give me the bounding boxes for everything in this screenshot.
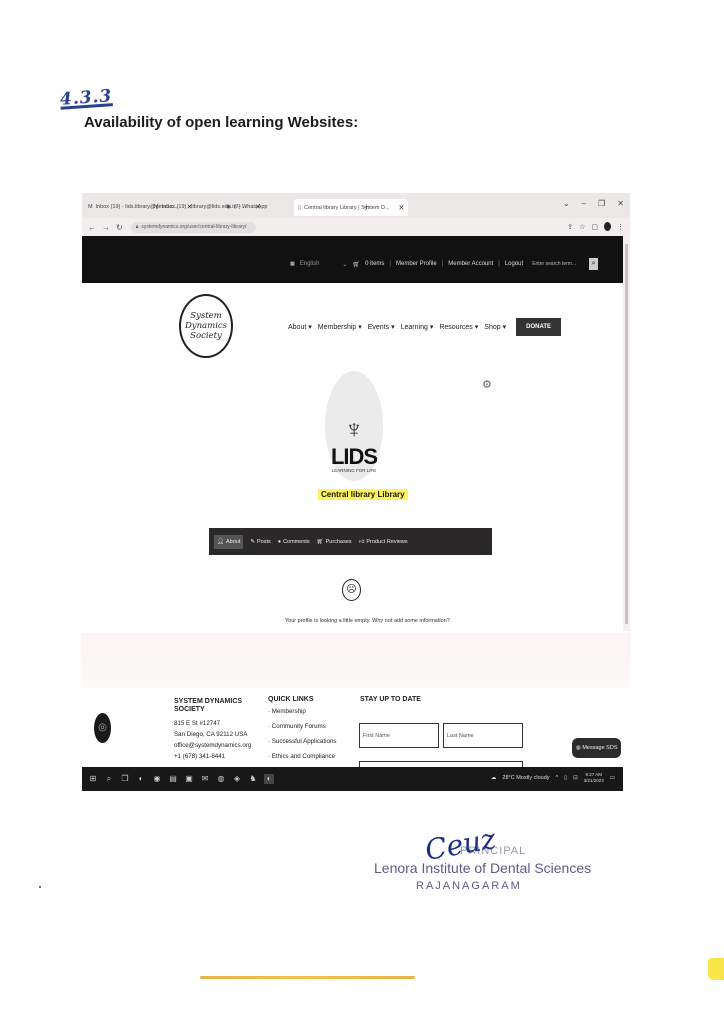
section-number: 4.3.3 xyxy=(59,86,113,110)
profile-name: Central library Library xyxy=(318,489,408,500)
footer-link-ethics[interactable]: Ethics and Compliance xyxy=(272,753,335,760)
app-icon[interactable]: ♞ xyxy=(248,774,258,784)
browser-tab-active[interactable]: ▯Central library Library | System D...✕ xyxy=(294,199,408,216)
clock[interactable]: 9:27 AM3/21/2023 xyxy=(584,772,604,784)
message-sds-button[interactable]: ◍ Message SDS xyxy=(572,738,621,758)
tab-product-reviews[interactable]: 👍︎Product Reviews xyxy=(359,539,408,545)
tab-about[interactable]: 👤︎About xyxy=(214,535,243,549)
chevron-up-icon[interactable]: ^ xyxy=(556,775,559,781)
restore-icon[interactable]: ❐ xyxy=(598,199,605,208)
network-icon[interactable]: ⊡ xyxy=(573,775,578,781)
scan-artifact-smudge xyxy=(708,958,724,980)
browser-tab-bar: MInbox (19) - lids.library@gmail.c...✕ M… xyxy=(82,193,630,218)
cart-icon: 🛒︎ xyxy=(317,539,324,545)
url-field[interactable]: 🔒︎systemdynamics.org/user/central-librar… xyxy=(131,222,256,233)
battery-icon[interactable]: ▯ xyxy=(564,775,567,781)
sidebar-icon[interactable]: ▢ xyxy=(591,223,598,231)
mail-icon[interactable]: ✉ xyxy=(200,774,210,784)
whatsapp-icon: ◉ xyxy=(226,204,231,210)
stamp-institution: Lenora Institute of Dental Sciences xyxy=(374,860,591,876)
weather-icon: ☁ xyxy=(491,775,497,781)
site-logo[interactable]: System Dynamics Society xyxy=(179,294,233,358)
search-button[interactable]: ⌕ xyxy=(589,258,598,270)
main-nav: About ▾ Membership ▾ Events ▾ Learning ▾… xyxy=(288,318,561,336)
member-account-link[interactable]: Member Account xyxy=(448,261,493,267)
website-screenshot: MInbox (19) - lids.library@gmail.c...✕ M… xyxy=(82,193,630,793)
menu-kebab-icon[interactable]: ⋮ xyxy=(617,223,624,231)
footer-link-applications[interactable]: Successful Applications xyxy=(272,738,337,745)
footer-link-forums[interactable]: Community Forums xyxy=(272,723,326,730)
thumbs-up-icon: 👍︎ xyxy=(359,539,365,545)
tree-emblem-icon: ♆ xyxy=(344,416,364,442)
share-icon[interactable]: ⇪ xyxy=(567,223,573,231)
footer-newsletter: STAY UP TO DATE xyxy=(360,696,421,704)
address-bar: ← → ↻ 🔒︎systemdynamics.org/user/central-… xyxy=(82,218,630,236)
nav-resources[interactable]: Resources ▾ xyxy=(439,323,478,331)
profile-avatar-icon[interactable] xyxy=(604,222,611,231)
forward-icon[interactable]: → xyxy=(102,223,110,232)
first-name-field[interactable]: First Name xyxy=(359,723,439,748)
close-tab-icon[interactable]: ✕ xyxy=(399,204,405,212)
store-icon[interactable]: ▣ xyxy=(184,774,194,784)
task-view-icon[interactable]: ❐ xyxy=(120,774,130,784)
gear-icon[interactable]: ⚙ xyxy=(482,378,492,391)
profile-tabs: 👤︎About ✎Posts ●Comments 🛒︎Purchases 👍︎P… xyxy=(209,528,492,555)
close-window-icon[interactable]: ✕ xyxy=(617,199,624,208)
document-title: Availability of open learning Websites: xyxy=(84,114,358,131)
scroll-thumb[interactable] xyxy=(625,244,628,624)
bookmark-star-icon[interactable]: ☆ xyxy=(579,223,585,231)
footer-quick-links: QUICK LINKS · Membership · Community For… xyxy=(268,696,336,762)
language-select[interactable]: English xyxy=(300,261,320,267)
search-icon[interactable]: ⌕ xyxy=(104,774,114,784)
nav-events[interactable]: Events ▾ xyxy=(368,323,395,331)
page-scrollbar[interactable] xyxy=(623,236,630,631)
divider-band xyxy=(82,633,630,688)
globe-flag-icon: ▦ xyxy=(290,261,295,267)
nav-about[interactable]: About ▾ xyxy=(288,323,312,331)
tab-comments[interactable]: ●Comments xyxy=(278,539,310,545)
notification-icon[interactable]: ▭ xyxy=(610,775,615,781)
edge-icon[interactable]: ◐ xyxy=(136,774,146,784)
search-input[interactable]: Enter search term... xyxy=(532,261,576,267)
empty-profile-message: Your profile is looking a little empty. … xyxy=(285,618,450,624)
explorer-icon[interactable]: ▤ xyxy=(168,774,178,784)
windows-start-icon[interactable]: ⊞ xyxy=(88,774,98,784)
speck xyxy=(39,886,41,888)
profile-avatar: ♆ LIDS LEARNING FOR LIFE xyxy=(325,371,383,481)
sad-face-icon: ☹ xyxy=(342,579,361,601)
logout-link[interactable]: Logout xyxy=(505,261,523,267)
stamp-place: RAJANAGARAM xyxy=(416,880,522,892)
footer-org: SYSTEM DYNAMICS SOCIETY 815 E St #12747 … xyxy=(174,698,254,762)
new-tab-button[interactable]: + xyxy=(364,200,369,214)
app-icon[interactable]: ◍ xyxy=(216,774,226,784)
search-icon: ⌕ xyxy=(592,260,596,268)
last-name-field[interactable]: Last Name xyxy=(443,723,523,748)
weather-widget[interactable]: 28°C Mostly cloudy xyxy=(502,775,549,781)
tab-search-icon[interactable]: ⌄ xyxy=(563,199,570,208)
tab-purchases[interactable]: 🛒︎Purchases xyxy=(317,539,352,545)
phone-link[interactable]: +1 (678) 341-8441 xyxy=(174,751,254,762)
site-top-bar: ▦ English ⌄ 🛒︎ 0 items | Member Profile … xyxy=(82,236,623,283)
nav-shop[interactable]: Shop ▾ xyxy=(484,323,506,331)
gmail-icon: M xyxy=(154,204,159,210)
user-icon: 👤︎ xyxy=(217,539,224,545)
tab-posts[interactable]: ✎Posts xyxy=(250,539,270,545)
cart-icon[interactable]: 🛒︎ xyxy=(352,261,360,268)
chevron-down-icon: ⌄ xyxy=(342,261,347,268)
member-profile-link[interactable]: Member Profile xyxy=(396,261,437,267)
reload-icon[interactable]: ↻ xyxy=(116,223,123,232)
fingerprint-icon[interactable]: ◎ xyxy=(94,713,111,743)
system-tray: ☁ 28°C Mostly cloudy ^ ▯ ⊡ 9:27 AM3/21/2… xyxy=(491,772,615,784)
email-link[interactable]: office@systemdynamics.org xyxy=(174,740,254,751)
donate-button[interactable]: DONATE xyxy=(516,318,561,336)
footer-link-membership[interactable]: Membership xyxy=(272,708,306,715)
app-icon[interactable]: ◈ xyxy=(232,774,242,784)
cart-link[interactable]: 0 items xyxy=(365,261,384,267)
nav-learning[interactable]: Learning ▾ xyxy=(401,323,434,331)
minimize-icon[interactable]: – xyxy=(582,199,586,208)
back-icon[interactable]: ← xyxy=(88,223,96,232)
comment-icon: ● xyxy=(278,539,281,545)
gmail-icon: M xyxy=(88,204,93,210)
scan-artifact-line xyxy=(200,976,415,979)
chrome-icon[interactable]: ◉ xyxy=(152,774,162,784)
chrome-active-icon[interactable]: ◐ xyxy=(264,774,274,784)
pencil-icon: ✎ xyxy=(250,539,255,545)
page-icon: ▯ xyxy=(298,205,301,211)
windows-taskbar: ⊞ ⌕ ❐ ◐ ◉ ▤ ▣ ✉ ◍ ◈ ♞ ◐ ☁ 28°C Mostly cl… xyxy=(82,767,623,791)
nav-membership[interactable]: Membership ▾ xyxy=(318,323,362,331)
lock-icon: 🔒︎ xyxy=(136,224,139,230)
